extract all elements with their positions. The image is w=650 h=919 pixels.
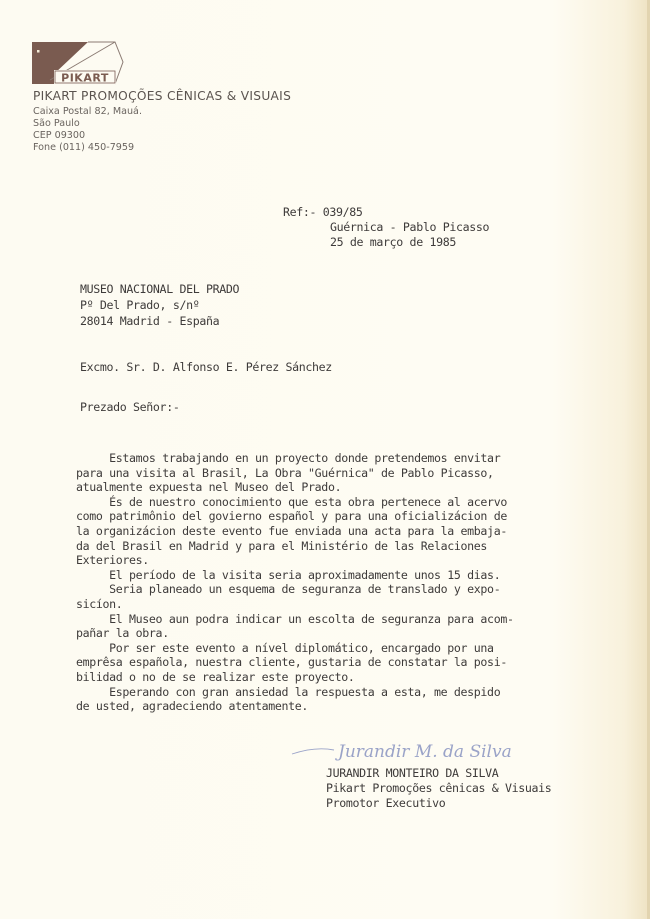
body-line: para una visita al Brasil, La Obra "Guér… xyxy=(76,468,494,480)
body-line: Esperando con gran ansiedad la respuesta… xyxy=(76,687,500,699)
recipient-attention: Excmo. Sr. D. Alfonso E. Pérez Sánchez xyxy=(80,362,332,374)
body-line: El Museo aun podra indicar un escolta de… xyxy=(76,614,514,626)
body-line: pañar la obra. xyxy=(76,628,169,640)
body-line: de usted, agradeciendo atentamente. xyxy=(76,701,308,713)
recipient-line: MUSEO NACIONAL DEL PRADO xyxy=(80,284,239,296)
address-line: Caixa Postal 82, Mauá. xyxy=(33,107,142,117)
body-line: És de nuestro conocimiento que esta obra… xyxy=(76,497,507,509)
body-line: Estamos trabajando en un proyecto donde … xyxy=(76,453,500,465)
reference-subject: Guérnica - Pablo Picasso xyxy=(330,222,489,234)
letter-date: 25 de março de 1985 xyxy=(330,237,456,249)
signer-company: Pikart Promoções cênicas & Visuais xyxy=(326,783,551,795)
body-line: sicíon. xyxy=(76,599,122,611)
body-line: Seria planeado un esquema de seguranza d… xyxy=(76,584,500,596)
handwritten-signature: Jurandir M. da Silva xyxy=(290,730,570,770)
address-line: São Paulo xyxy=(33,119,80,129)
body-line: Exteriores. xyxy=(76,555,149,567)
body-line: Por ser este evento a nível diplomático,… xyxy=(76,643,494,655)
reference-number: Ref:- 039/85 xyxy=(283,207,363,219)
signer-name: JURANDIR MONTEIRO DA SILVA xyxy=(326,768,498,780)
signature-text: Jurandir M. da Silva xyxy=(335,742,512,762)
address-line: Fone (011) 450-7959 xyxy=(33,143,134,153)
body-line: la organizácion deste evento fue enviada… xyxy=(76,526,507,538)
address-line: CEP 09300 xyxy=(33,131,85,141)
body-line: atualmente expuesta nel Museo del Prado. xyxy=(76,482,341,494)
body-line: bilidad o no de se realizar este proyect… xyxy=(76,672,354,684)
body-line: da del Brasil en Madrid y para el Minist… xyxy=(76,541,487,553)
body-line: emprêsa española, nuestra cliente, gusta… xyxy=(76,657,507,669)
company-name: PIKART PROMOÇÕES CÊNICAS & VISUAIS xyxy=(33,89,291,103)
body-line: El período de la visita seria aproximada… xyxy=(76,570,500,582)
recipient-line: 28014 Madrid - España xyxy=(80,316,219,328)
body-line: como patrimônio del govierno español y p… xyxy=(76,511,507,523)
signer-title: Promotor Executivo xyxy=(326,798,445,810)
logo-text: PIKART xyxy=(61,72,109,85)
salutation: Prezado Señor:- xyxy=(80,402,179,414)
recipient-line: Pº Del Prado, s/nº xyxy=(80,300,199,312)
pikart-logo: PIKART xyxy=(32,40,124,86)
